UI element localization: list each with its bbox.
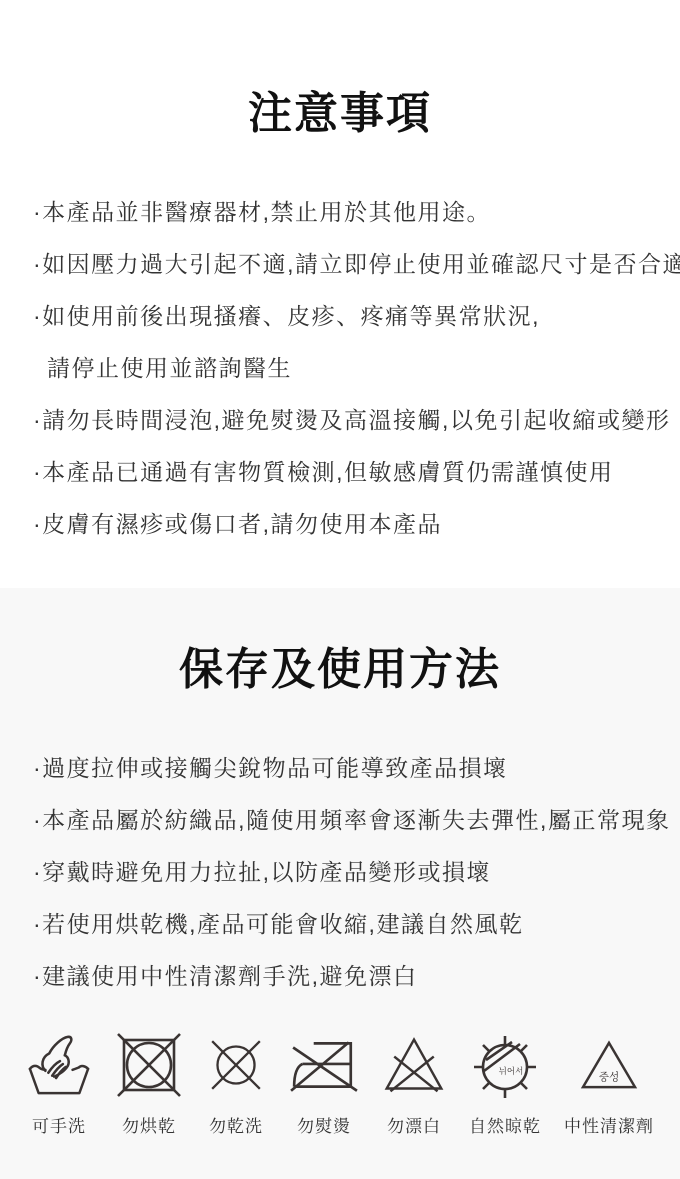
neutral-detergent-inner-text: 중성 — [599, 1070, 619, 1083]
product-care-page: 注意事項 ·本產品並非醫療器材,禁止用於其他用途。 ·如因壓力過大引起不適,請立… — [0, 0, 680, 1179]
precautions-list: ·本產品並非醫療器材,禁止用於其他用途。 ·如因壓力過大引起不適,請立即停止使用… — [0, 186, 680, 550]
neutral-detergent-icon: 중성 — [580, 1039, 638, 1091]
precaution-item-continuation: 請停止使用並諮詢醫生 — [33, 342, 670, 394]
care-symbol-hand-wash: 可手洗 — [26, 1028, 92, 1137]
care-item: ·若使用烘乾機,產品可能會收縮,建議自然風乾 — [33, 898, 670, 950]
care-symbol-label: 勿漂白 — [387, 1112, 441, 1137]
precaution-item: ·如因壓力過大引起不適,請立即停止使用並確認尺寸是否合適 — [33, 238, 670, 290]
care-symbol-label: 勿乾洗 — [209, 1112, 263, 1137]
precaution-item: ·皮膚有濕疹或傷口者,請勿使用本產品 — [33, 498, 670, 550]
no-iron-icon — [289, 1033, 359, 1097]
care-symbol-label: 勿烘乾 — [122, 1112, 176, 1137]
care-symbol-neutral-detergent: 중성 中性清潔劑 — [564, 1028, 654, 1137]
care-symbol-no-iron: 勿熨燙 — [289, 1028, 359, 1137]
care-list: ·過度拉伸或接觸尖銳物品可能導致產品損壞 ·本產品屬於紡織品,隨使用頻率會逐漸失… — [0, 742, 680, 1002]
precautions-title: 注意事項 — [0, 88, 680, 140]
precaution-item: ·如使用前後出現搔癢、皮疹、疼痛等異常狀況, — [33, 290, 670, 342]
care-symbol-no-bleach: 勿漂白 — [382, 1028, 446, 1137]
precautions-section: 注意事項 ·本產品並非醫療器材,禁止用於其他用途。 ·如因壓力過大引起不適,請立… — [0, 0, 680, 588]
care-symbol-label: 可手洗 — [32, 1112, 86, 1137]
precaution-item: ·本產品並非醫療器材,禁止用於其他用途。 — [33, 186, 670, 238]
precaution-item: ·本產品已通過有害物質檢測,但敏感膚質仍需謹慎使用 — [33, 446, 670, 498]
hand-wash-icon — [26, 1033, 92, 1097]
natural-dry-inner-text: 뉘어서 — [499, 1066, 524, 1076]
care-symbol-no-dry-clean: 勿乾洗 — [206, 1028, 266, 1137]
care-item: ·建議使用中性清潔劑手洗,避免漂白 — [33, 950, 670, 1002]
natural-dry-icon: 뉘어서 — [470, 1028, 540, 1102]
care-symbol-natural-dry: 뉘어서 自然晾乾 — [469, 1028, 541, 1137]
laundry-symbols-row: 可手洗 勿烘乾 — [0, 1028, 680, 1137]
care-symbol-label: 中性清潔劑 — [564, 1112, 654, 1137]
care-section: 保存及使用方法 ·過度拉伸或接觸尖銳物品可能導致產品損壞 ·本產品屬於紡織品,隨… — [0, 588, 680, 1179]
care-title: 保存及使用方法 — [0, 644, 680, 696]
care-item: ·過度拉伸或接觸尖銳物品可能導致產品損壞 — [33, 742, 670, 794]
precaution-item: ·請勿長時間浸泡,避免熨燙及高溫接觸,以免引起收縮或變形 — [33, 394, 670, 446]
care-item: ·本產品屬於紡織品,隨使用頻率會逐漸失去彈性,屬正常現象 — [33, 794, 670, 846]
no-dry-clean-icon — [206, 1035, 266, 1095]
care-symbol-no-tumble-dry: 勿烘乾 — [115, 1028, 183, 1137]
care-symbol-label: 自然晾乾 — [469, 1112, 541, 1137]
care-item: ·穿戴時避免用力拉扯,以防產品變形或損壞 — [33, 846, 670, 898]
no-bleach-icon — [382, 1033, 446, 1097]
care-symbol-label: 勿熨燙 — [297, 1112, 351, 1137]
no-tumble-dry-icon — [115, 1031, 183, 1099]
